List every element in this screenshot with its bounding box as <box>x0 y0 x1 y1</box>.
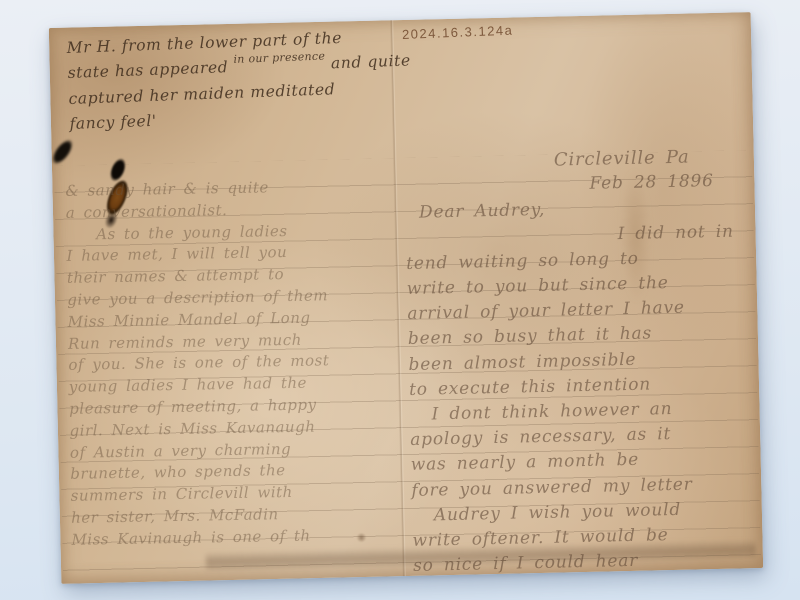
top-annotation: Mr H. from the lower part of the state h… <box>66 24 409 137</box>
right-page-text: Circleville Pa Feb 28 1896 Dear Audrey, … <box>404 143 762 579</box>
letter-paper: 2024.16.3.124a Mr H. from the lower part… <box>49 12 763 584</box>
handwriting-line: Miss Kavinaugh is one of th <box>71 524 399 552</box>
photo-background: 2024.16.3.124a Mr H. from the lower part… <box>0 0 800 600</box>
annotation-inserted-phrase: in our presence <box>233 44 326 72</box>
left-page-text: & sandy hair & is quite a conversational… <box>65 175 399 551</box>
catalog-number: 2024.16.3.124a <box>402 23 514 42</box>
annotation-line-part: state has appeared <box>67 58 228 82</box>
annotation-line-part: and quite <box>331 51 411 72</box>
